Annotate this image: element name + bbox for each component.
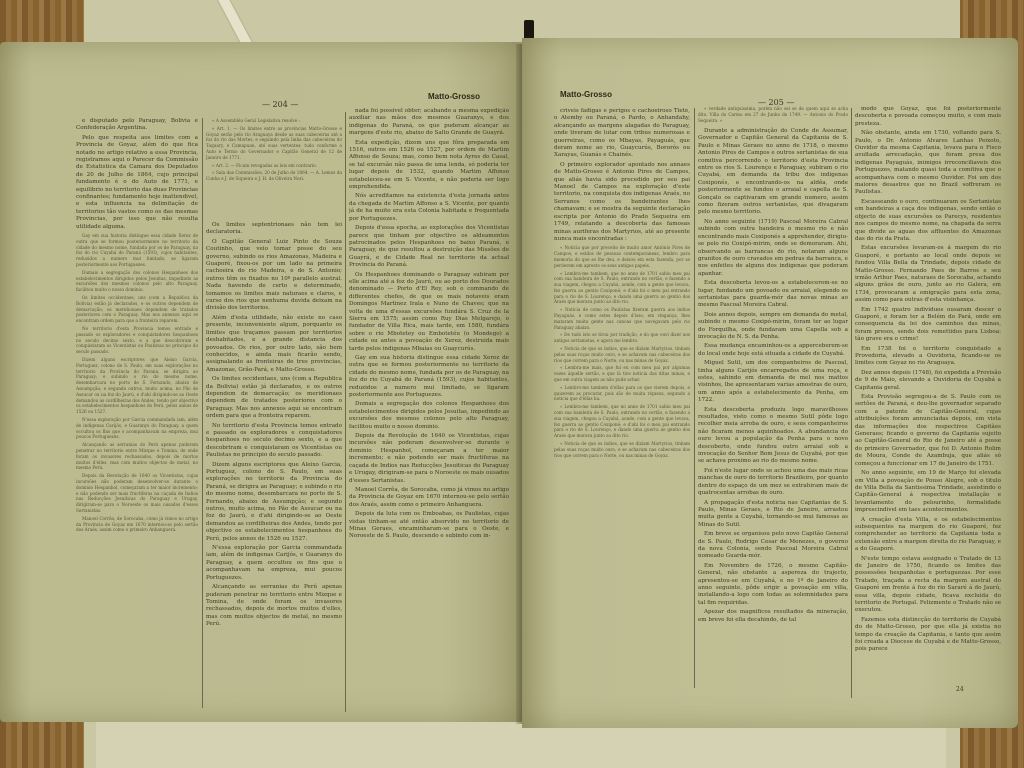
paragraph: e disputado pelo Paraguay, Bolivia e Con… (76, 118, 198, 133)
paragraph: Depois da Revolução de 1640 os Vicentist… (76, 473, 198, 514)
paragraph: A creação d'esta Villa, e os estabelecim… (855, 517, 1001, 554)
paragraph: « Lembra-me tambem, que no anno de 1701 … (554, 404, 690, 439)
text-column-2: « verdade antiquissima, porém não sei se… (698, 106, 848, 696)
open-book: — 204 — Matto-Grosso e disputado pelo Pa… (0, 38, 1024, 728)
paragraph: Além d'esta utilidade, não existe no cas… (206, 315, 342, 374)
paragraph: Alcançando as serranias do Perú apenas p… (76, 442, 198, 471)
paragraph: Dez annos depois (1748), foi expedida a … (855, 370, 1001, 392)
paragraph: Apezar dos magnificos resultados da mine… (698, 609, 848, 624)
text-column-3: nada foi possivel obter; acabando a mesm… (349, 108, 509, 708)
paragraph: Gay em sua historia distingue essa cidad… (76, 233, 198, 268)
text-column-1: e disputado pelo Paraguay, Bolivia e Con… (76, 118, 198, 698)
paragraph: Alcançando as serranias do Perú apenas p… (206, 584, 342, 628)
paragraph: Depois d'essa epocha, as explorações dos… (349, 225, 509, 269)
paragraph: No anno seguinte, em 19 de Março foi ele… (855, 470, 1001, 514)
paragraph: modo que Goyaz, que foi posteriormente d… (855, 106, 1001, 128)
paragraph: O primeiro explorador apontado nos annae… (554, 162, 690, 243)
running-head: Matto-Grosso (428, 92, 480, 101)
text-column-1: criveis fadigas e perigos o cachoeiroso … (554, 108, 690, 688)
quoted-document-end: « verdade antiquissima, porém não sei se… (698, 106, 848, 128)
paragraph: « Art. 1. — Os limites entre as provinci… (206, 126, 342, 161)
paragraph: No anno seguinte (1719) Pascoal Moreira … (698, 219, 848, 278)
right-page: Matto-Grosso — 205 — criveis fadigas e p… (522, 38, 1018, 728)
paragraph: « A Assembléa Geral Legislativa resolve … (206, 118, 342, 124)
paragraph: Pelo que respeita aos limites com a Prov… (76, 135, 198, 231)
paragraph: Dizem alguns escriptores que Aleixo Garc… (76, 357, 198, 415)
paragraph: Dumais a segregação dos colonos Hespanho… (349, 401, 509, 431)
paragraph: « Sala das Commissões, 20 de Julho de 18… (206, 170, 342, 182)
paragraph: Em 1742 quatro individuos ousaram descer… (855, 307, 1001, 344)
paragraph: Dois annos depois, sempre em demanda do … (698, 312, 848, 342)
paragraph: Os limites occidentaes, uns (com a Repub… (206, 376, 342, 420)
paragraph: Em Novembro de 1726, o mesmo Capitão-Gen… (698, 563, 848, 607)
paragraph: Dumais a segregação dos colonos Hespanho… (76, 270, 198, 293)
column-rule (345, 112, 346, 712)
paragraph: « Lembro-me tambem d'ellas para os que v… (554, 385, 690, 402)
paragraph: Não obstante, ainda em 1730, voltando pa… (855, 130, 1001, 197)
paragraph: Fazemos esta distincção do territorio de… (855, 617, 1001, 654)
quoted-document-block: « Notícia que por preceito de muito amor… (554, 245, 690, 665)
paragraph: « verdade antiquissima, porém não sei se… (698, 106, 848, 123)
paragraph: O Capitão General Luiz Pinto de Souza Co… (206, 239, 342, 313)
column-rule (694, 108, 695, 688)
paragraph: nada foi possivel obter; acabando a mesm… (349, 108, 509, 138)
paragraph: Essa mudança encaminhou-os a appercebere… (698, 343, 848, 358)
paragraph: N'este tempo estava assignado o Tratado … (855, 556, 1001, 615)
signature-mark: 24 (956, 686, 964, 693)
column-rule (851, 108, 852, 698)
paragraph: Estas excursões levaram-os á margem do r… (855, 245, 1001, 304)
paragraph: Os limites occidentaes, uns (com a Repub… (76, 295, 198, 324)
paragraph: criveis fadigas e perigos o cachoeiroso … (554, 108, 690, 160)
paragraph: Esta descoberta produziu logo maravilhos… (698, 407, 848, 466)
paragraph: Manoel Corrêa, de Sorocaba, como já vimo… (76, 516, 198, 533)
running-head: Matto-Grosso (560, 90, 612, 99)
text-column-2: « A Assembléa Geral Legislativa resolve … (206, 118, 342, 718)
paragraph: Esta descoberta levou-os a estabelecerem… (698, 280, 848, 310)
paragraph: « Art. 2. — Ficam revogadas as leis em c… (206, 163, 342, 169)
paragraph: « Notícia de como os Paulistas fizeram g… (554, 307, 690, 330)
paragraph: No territorio d'esta Provincia temos ent… (206, 423, 342, 460)
paragraph: Depois da Revolução de 1640 os Vicentist… (349, 433, 509, 485)
paragraph: N'essa exploração por Garcia commandada … (206, 545, 342, 582)
paragraph: Dizem alguns escriptores que Aleixo Garc… (206, 462, 342, 543)
paragraph: Esta expedição, dizem uns que fôra prepa… (349, 140, 509, 192)
left-page: — 204 — Matto-Grosso e disputado pelo Pa… (0, 42, 522, 722)
paragraph: Em 1738 foi o territorio conquistado a P… (855, 346, 1001, 368)
paragraph: Os limites septentrionaes não tem lei de… (206, 222, 342, 237)
paragraph: « Lembra-me mais, que fui eu com meu pai… (554, 365, 690, 382)
paragraph: Nós acreditamos na existencia d'esta jor… (349, 193, 509, 223)
paragraph: Em breve se organisou pelo novo Capitão … (698, 531, 848, 561)
footnote-block: « A Assembléa Geral Legislativa resolve … (206, 118, 342, 222)
paragraph: No territorio d'esta Provincia temos ent… (76, 326, 198, 355)
paragraph: « De tudo isto se tirou por tradição, e … (554, 332, 690, 344)
paragraph: « Noticia de que os indios, que se dizia… (554, 346, 690, 363)
paragraph: Foi n'este lugar onde se achou uma das m… (698, 468, 848, 498)
paragraph: « Lembra-me tambem, que no anno de 1701 … (554, 271, 690, 306)
text-column-3: modo que Goyaz, que foi posteriormente d… (855, 106, 1001, 681)
column-rule (202, 118, 203, 708)
paragraph: N'essa exploração por Garcia commandada … (76, 417, 198, 440)
paragraph: Depois da luta com os Emboabas, os Pauli… (349, 511, 509, 541)
paragraph: Miguel Sutil, um dos companheiros de Pas… (698, 360, 848, 404)
paragraph: « Notícia que por preceito de muito amor… (554, 245, 690, 268)
paragraph: Escasseando o ouro, continuaram os Serta… (855, 199, 1001, 243)
faded-text-block: Gay em sua historia distingue essa cidad… (76, 233, 198, 693)
page-number: — 204 — (262, 100, 298, 109)
paragraph: « Noticia de que os indios, que se dizia… (554, 441, 690, 458)
paragraph: A propagação d'esta noticia nas Capitani… (698, 500, 848, 530)
paragraph: Manoel Corrêa, de Sorocaba, como já vimo… (349, 487, 509, 509)
paragraph: Gay em sua historia distingue essa cidad… (349, 355, 509, 399)
paragraph: Esta Provisão segregou-a de S. Paulo com… (855, 394, 1001, 468)
paragraph: Os Hespanhoes dominando o Paraguay subir… (349, 272, 509, 353)
paragraph: Durante a administração do Conde de Assu… (698, 128, 848, 217)
